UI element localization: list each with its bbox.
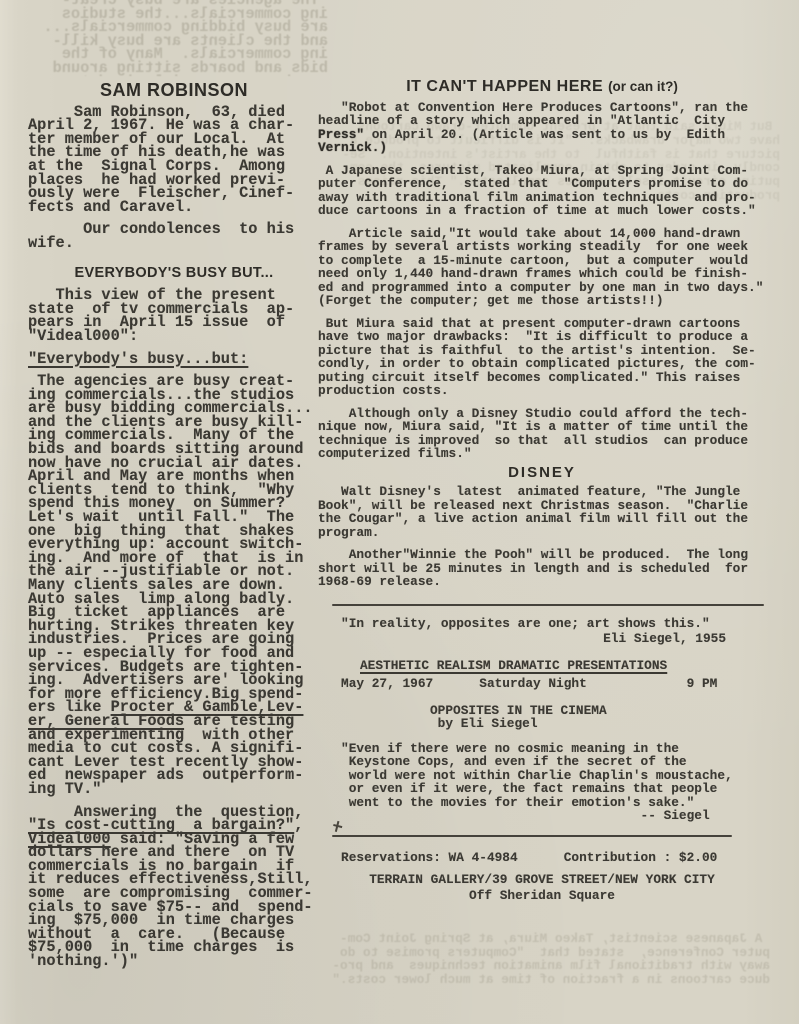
ichh-para3: Article said,"It would take about 14,000… (318, 227, 766, 308)
ichh-para5: Although only a Disney Studio could affo… (318, 407, 766, 461)
sam-robinson-obituary: Sam Robinson, 63, died April 2, 1967. He… (28, 106, 320, 215)
ichh-para4: But Miura said that at present computer-… (318, 317, 766, 398)
bleedthrough-text-top: The agencies are busy creat- ing commerc… (18, 0, 328, 76)
everybodys-busy-heading: EVERYBODY'S BUSY BUT... (28, 267, 320, 281)
it-cant-happen-here-heading: IT CAN'T HAPPEN HERE (or can it?) (318, 80, 766, 94)
ichh-para1-top: "Robot at Convention Here Produces Carto… (318, 101, 766, 128)
right-column: IT CAN'T HAPPEN HERE (or can it?) "Robot… (318, 80, 766, 902)
newsletter-page: The agencies are busy creat- ing commerc… (0, 0, 799, 1024)
ichh-para2: A Japanese scientist, Takeo Miura, at Sp… (318, 164, 766, 218)
ichh-para1-line3: Press" on April 20. (Article was sent to… (318, 128, 766, 142)
venue-location: Off Sheridan Square (318, 889, 766, 903)
series-heading: AESTHETIC REALISM DRAMATIC PRESENTATIONS (360, 658, 667, 673)
event-title-block: OPPOSITES IN THE CINEMA by Eli Siegel (430, 704, 766, 731)
siegel-quote: "In reality, opposites are one; art show… (318, 617, 766, 631)
answer-body: dollars here and there on TV commercials… (28, 846, 320, 968)
siegel-attribution: Eli Siegel, 1955 (318, 632, 766, 646)
busy-body-part2: and experimenting with other media to cu… (28, 729, 320, 797)
event-date-line: May 27, 1967 Saturday Night 9 PM (318, 677, 766, 691)
disney-para2: Another"Winnie the Pooh" will be produce… (318, 548, 766, 589)
busy-intro: This view of the present state of tv com… (28, 289, 320, 343)
sam-robinson-condolences: Our condolences to his wife. (28, 223, 320, 250)
divider-rule-top (332, 604, 764, 606)
heading-paren: (or can it?) (608, 79, 678, 94)
divider-rule-bottom (332, 835, 732, 837)
vernick-bold: Vernick.) (318, 140, 387, 155)
busy-subhead: "Everybody's busy...but: (28, 350, 248, 368)
disney-para1: Walt Disney's latest animated feature, "… (318, 485, 766, 539)
busy-body-part1: The agencies are busy creat- ing commerc… (28, 375, 320, 701)
cinema-quote: "Even if there were no cosmic meaning in… (318, 742, 766, 823)
disney-heading: DISNEY (318, 466, 766, 480)
venue-address: TERRAIN GALLERY/39 GROVE STREET/NEW YORK… (318, 873, 766, 887)
left-column: SAM ROBINSON Sam Robinson, 63, died Apri… (28, 84, 320, 969)
reservations-line: Reservations: WA 4-4984 Contribution : $… (318, 851, 766, 865)
sam-robinson-heading: SAM ROBINSON (28, 84, 320, 98)
